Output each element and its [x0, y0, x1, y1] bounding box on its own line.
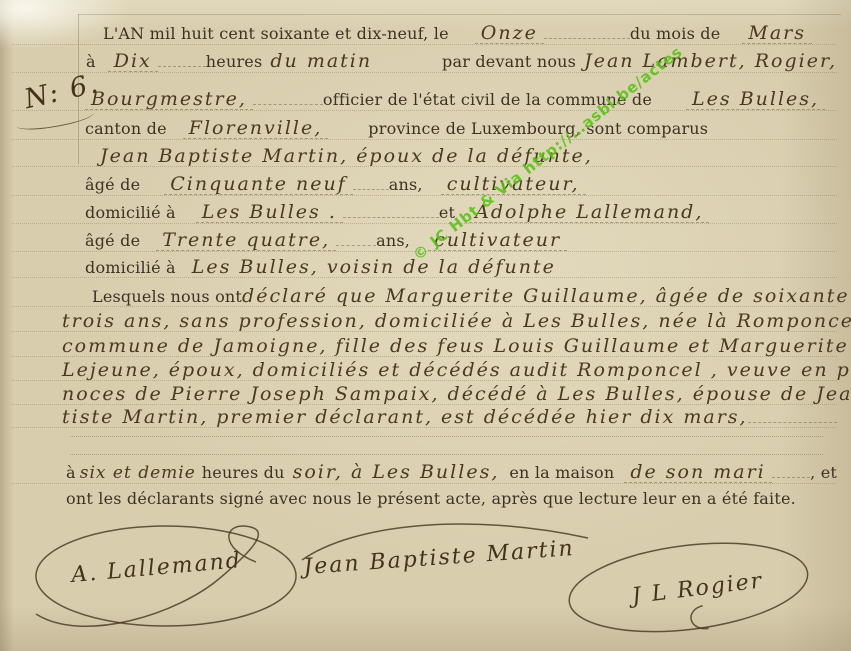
printed-text: ans,: [389, 175, 423, 194]
printed-text: ans,: [376, 231, 410, 250]
blank-line: [772, 477, 810, 478]
handwritten-entry: commune de Jamoigne, fille des feus Loui…: [62, 337, 849, 356]
signature-name: A. Lallemand: [68, 548, 242, 588]
blank-line: [336, 244, 376, 246]
text-line: domicilié à Les Bulles, voisin de la déf…: [12, 258, 837, 278]
blank-line: [748, 421, 837, 423]
spacer: [176, 272, 192, 273]
spacer: [720, 38, 742, 39]
text-line: Jean Baptiste Martin, époux de la défunt…: [12, 147, 837, 167]
spacer: [449, 38, 475, 39]
text-line: Bourgmestre, officier de l'état civil de…: [12, 90, 837, 111]
text-line: à six et demie heures du soir, à Les Bul…: [12, 463, 837, 484]
text-line: L'AN mil huit cent soixante et dix-neuf,…: [12, 24, 837, 45]
text-line: domicilié à Les Bulles . et Adolphe Lall…: [12, 203, 837, 224]
spacer: [96, 66, 108, 67]
printed-text: domicilié à: [85, 203, 176, 222]
text-line: trois ans, sans profession, domiciliée à…: [12, 312, 837, 332]
handwritten-entry: Lejeune, époux, domiciliés et décédés au…: [62, 361, 851, 380]
form-top-rule: [78, 14, 841, 15]
handwritten-entry: Bourgmestre,: [85, 90, 253, 110]
printed-text: à: [86, 52, 96, 71]
handwritten-entry: Adolphe Lallemand,: [469, 203, 709, 223]
handwritten-entry: Onze: [475, 24, 544, 44]
printed-text: à: [66, 463, 76, 482]
signature-flourish: [690, 605, 709, 630]
handwritten-entry: Mars: [742, 24, 812, 44]
handwritten-entry: six et demie: [80, 465, 196, 482]
handwritten-entry: tiste Martin, premier déclarant, est déc…: [62, 408, 748, 427]
handwritten-entry: Dix: [108, 52, 158, 72]
printed-text: heures du: [202, 463, 285, 482]
text-line: ont les déclarants signé avec nous le pr…: [12, 489, 837, 508]
handwritten-entry: Florenville,: [183, 119, 329, 139]
handwritten-entry: déclaré que Marguerite Guillaume, âgée d…: [242, 287, 851, 306]
handwritten-entry: Cinquante neuf: [164, 175, 352, 195]
printed-text: du mois de: [630, 24, 721, 43]
text-line: Lejeune, époux, domiciliés et décédés au…: [12, 361, 837, 381]
handwritten-entry: Jean Lambert, Rogier,: [584, 52, 837, 71]
printed-text: canton de: [85, 119, 167, 138]
spacer: [140, 245, 156, 246]
printed-text: , et: [810, 463, 837, 482]
spacer: [614, 477, 624, 478]
blank-line: [158, 65, 206, 67]
text-line: noces de Pierre Joseph Sampaix, décédé à…: [12, 385, 837, 405]
printed-text: âgé de: [85, 231, 140, 250]
printed-text: âgé de: [85, 175, 140, 194]
handwritten-entry: Trente quatre,: [156, 231, 336, 251]
signature-name: J L Rogier: [627, 568, 765, 609]
blank-line: [253, 103, 323, 105]
spacer: [576, 66, 584, 67]
signature-rogier: J L Rogier: [552, 542, 837, 650]
handwritten-entry: Les Bulles,: [686, 90, 825, 110]
blank-line: [353, 188, 389, 190]
printed-text: heures: [206, 52, 263, 71]
printed-text: domicilié à: [85, 258, 176, 277]
text-line: tiste Martin, premier déclarant, est déc…: [12, 408, 837, 428]
handwritten-entry: soir, à Les Bulles,: [293, 463, 500, 482]
spacer: [652, 104, 686, 105]
spacer: [499, 477, 509, 478]
spacer: [285, 477, 293, 478]
printed-text: L'AN mil huit cent soixante et dix-neuf,…: [103, 24, 449, 43]
signature-lallemand: A. Lallemand: [28, 516, 306, 644]
signature-group: J L Rogier: [564, 542, 813, 645]
handwritten-entry: Les Bulles, voisin de la défunte: [192, 258, 556, 277]
blank-rule: [70, 436, 823, 437]
blank-rule: [70, 454, 823, 455]
text-line: à Dix heures du matin par devant nous Je…: [12, 52, 837, 73]
handwritten-entry: du matin: [270, 52, 372, 71]
handwritten-entry: Les Bulles .: [196, 203, 343, 223]
printed-text: province de Luxembourg, sont comparus: [368, 119, 708, 138]
signature-name: Jean Baptiste Martin: [299, 536, 576, 580]
spacer: [140, 189, 164, 190]
text-line: âgé de Cinquante neuf ans, cultivateur,: [12, 175, 837, 196]
printed-text: Lesquels nous ont: [92, 287, 242, 306]
printed-text: par devant nous: [442, 52, 576, 71]
handwritten-entry: trois ans, sans profession, domiciliée à…: [62, 312, 851, 331]
spacer: [262, 66, 270, 67]
handwritten-entry: de son mari: [624, 463, 771, 483]
text-line: commune de Jamoigne, fille des feus Loui…: [12, 337, 837, 357]
spacer: [167, 133, 183, 134]
spacer: [176, 217, 196, 218]
printed-text: ont les déclarants signé avec nous le pr…: [66, 489, 796, 508]
death-record-scan: N: 6. L'AN mil huit cent soixante et dix…: [0, 0, 851, 651]
text-line: canton de Florenville, province de Luxem…: [12, 119, 837, 140]
blank-line: [544, 37, 630, 39]
spacer: [423, 189, 441, 190]
blank-line: [343, 216, 439, 218]
handwritten-entry: noces de Pierre Joseph Sampaix, décédé à…: [62, 385, 851, 404]
spacer: [328, 133, 368, 134]
printed-text: en la maison: [509, 463, 614, 482]
text-line: Lesquels nous ont déclaré que Marguerite…: [12, 287, 837, 307]
